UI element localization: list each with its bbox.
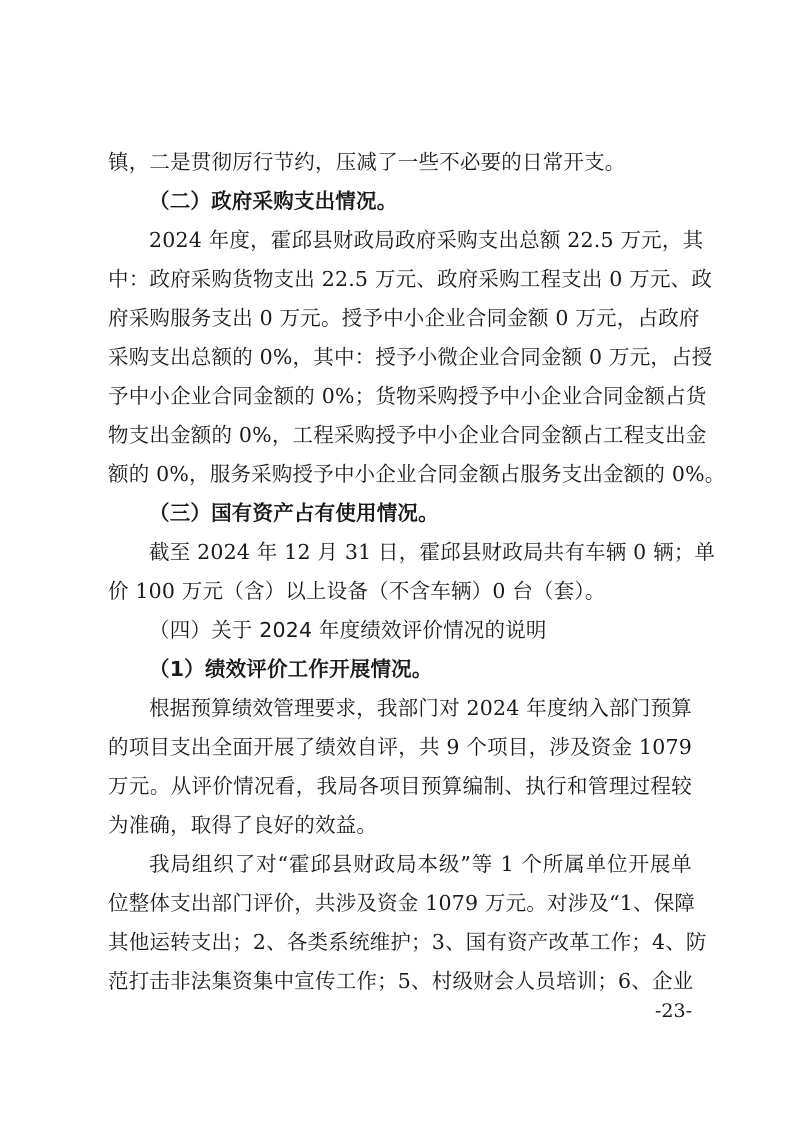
paragraph-line: 位整体支出部门评价，共涉及资金 1079 万元。对涉及“1、保障 — [108, 884, 692, 923]
paragraph-line: 万元。从评价情况看，我局各项目预算编制、执行和管理过程较 — [108, 767, 692, 806]
paragraph-line: 为准确，取得了良好的效益。 — [108, 806, 692, 845]
paragraph-line: 予中小企业合同金额的 0%；货物采购授予中小企业合同金额占货 — [108, 377, 692, 416]
page-number: -23- — [655, 1000, 692, 1022]
paragraph-line: 2024 年度，霍邱县财政局政府采购支出总额 22.5 万元，其 — [108, 221, 692, 260]
paragraph-line: 采购支出总额的 0%，其中：授予小微企业合同金额 0 万元，占授 — [108, 338, 692, 377]
paragraph-line: 价 100 万元（含）以上设备（不含车辆）0 台（套）。 — [108, 572, 692, 611]
section-heading-government-procurement: （二）政府采购支出情况。 — [108, 182, 692, 221]
paragraph-line: 截至 2024 年 12 月 31 日，霍邱县财政局共有车辆 0 辆；单 — [108, 533, 692, 572]
subsection-heading-evaluation-work: （1）绩效评价工作开展情况。 — [108, 650, 692, 689]
section-heading-state-assets: （三）国有资产占有使用情况。 — [108, 494, 692, 533]
paragraph-line: 物支出金额的 0%，工程采购授予中小企业合同金额占工程支出金 — [108, 416, 692, 455]
document-body: 镇，二是贯彻厉行节约，压减了一些不必要的日常开支。 （二）政府采购支出情况。 2… — [108, 143, 692, 1001]
section-heading-performance-evaluation: （四）关于 2024 年度绩效评价情况的说明 — [108, 611, 692, 650]
paragraph-line: 中：政府采购货物支出 22.5 万元、政府采购工程支出 0 万元、政 — [108, 260, 692, 299]
paragraph-line: 其他运转支出；2、各类系统维护；3、国有资产改革工作；4、防 — [108, 923, 692, 962]
paragraph-line: 我局组织了对“霍邱县财政局本级”等 1 个所属单位开展单 — [108, 845, 692, 884]
paragraph-line: 范打击非法集资集中宣传工作；5、村级财会人员培训；6、企业 — [108, 962, 692, 1001]
paragraph-line: 根据预算绩效管理要求，我部门对 2024 年度纳入部门预算 — [108, 689, 692, 728]
paragraph-line: 镇，二是贯彻厉行节约，压减了一些不必要的日常开支。 — [108, 143, 692, 182]
paragraph-line: 额的 0%，服务采购授予中小企业合同金额占服务支出金额的 0%。 — [108, 455, 692, 494]
paragraph-line: 的项目支出全面开展了绩效自评，共 9 个项目，涉及资金 1079 — [108, 728, 692, 767]
paragraph-line: 府采购服务支出 0 万元。授予中小企业合同金额 0 万元，占政府 — [108, 299, 692, 338]
